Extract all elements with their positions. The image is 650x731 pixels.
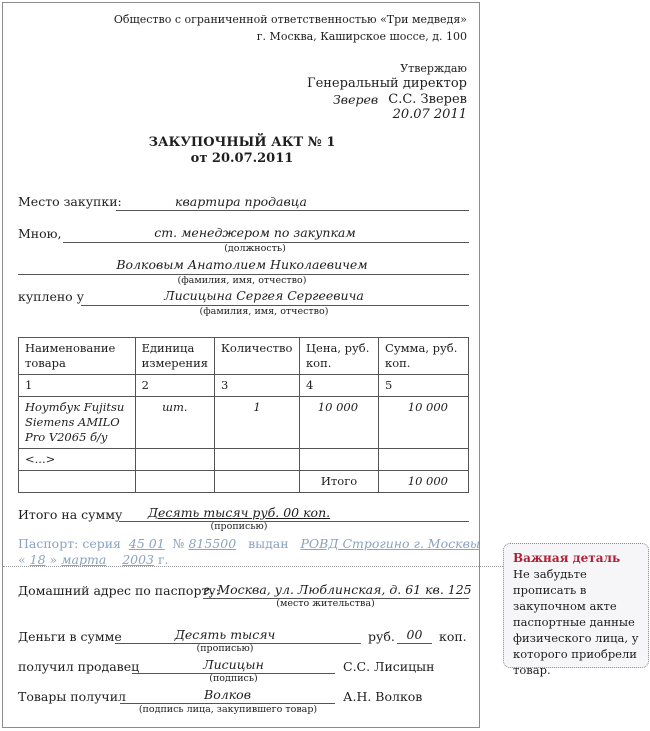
kop-label: коп. bbox=[439, 629, 467, 644]
number-cell: 3 bbox=[215, 375, 300, 397]
item-price-cell: 10 000 bbox=[299, 397, 378, 449]
kop-value: 00 bbox=[397, 627, 432, 642]
name-hint: (фамилия, имя, отчество) bbox=[18, 275, 466, 286]
passport-month: марта bbox=[61, 552, 106, 567]
table-number-row: 1 2 3 4 5 bbox=[19, 375, 469, 397]
buyer-signature: Волков bbox=[120, 687, 335, 702]
callout-leader-line bbox=[3, 566, 503, 567]
buyer-full-name: Волковым Анатолием Николаевичем bbox=[18, 257, 466, 272]
place-label: Место закупки: bbox=[18, 194, 122, 209]
quote-open: « bbox=[18, 552, 26, 567]
kop-underline bbox=[397, 643, 432, 644]
passport-issued-label: выдан bbox=[248, 536, 288, 551]
buyer-name: А.Н. Волков bbox=[343, 689, 422, 704]
passport-day: 18 bbox=[30, 552, 46, 567]
buyer-label: Товары получил bbox=[18, 689, 126, 704]
company-address: г. Москва, Каширское шоссе, д. 100 bbox=[257, 30, 467, 43]
header-cell: Цена, руб. коп. bbox=[299, 338, 378, 375]
director-position: Генеральный директор bbox=[307, 76, 467, 91]
place-value: квартира продавца bbox=[116, 194, 366, 209]
passport-no-label: № bbox=[173, 536, 185, 551]
seller-name: С.С. Лисицын bbox=[343, 659, 434, 674]
quote-close: » bbox=[50, 552, 58, 567]
by-label: Мною, bbox=[18, 226, 62, 241]
seller-label: получил продавец bbox=[18, 659, 139, 674]
header-cell: Наименование товара bbox=[19, 338, 136, 375]
table-row: <...> bbox=[19, 449, 469, 471]
total-label-cell: Итого bbox=[299, 471, 378, 493]
item-sum-cell: 10 000 bbox=[379, 397, 469, 449]
important-detail-callout: Важная деталь Не забудьте прописать в за… bbox=[503, 543, 649, 668]
empty-cell bbox=[215, 471, 300, 493]
callout-text: Не забудьте прописать в закупочном акте … bbox=[513, 566, 640, 678]
address-value: г. Москва, ул. Люблинская, д. 61 кв. 125 bbox=[203, 582, 448, 597]
passport-label: Паспорт: серия bbox=[18, 536, 121, 551]
empty-cell bbox=[299, 449, 378, 471]
company-name: Общество с ограниченной ответственностью… bbox=[114, 13, 467, 26]
money-label: Деньги в сумме bbox=[18, 629, 122, 644]
by-position-value: ст. менеджером по закупкам bbox=[63, 225, 447, 240]
money-hint: (прописью) bbox=[115, 643, 335, 654]
item-name-cell: Ноутбук Fujitsu Siemens AMILO Pro V2065 … bbox=[19, 397, 136, 449]
money-value: Десять тысяч bbox=[115, 627, 335, 642]
seller-signature: Лисицын bbox=[132, 657, 335, 672]
item-qty-cell: 1 bbox=[215, 397, 300, 449]
passport-number: 815500 bbox=[188, 536, 236, 551]
purchase-act-document: Общество с ограниченной ответственностью… bbox=[2, 2, 480, 728]
goods-table: Наименование товара Единица измерения Ко… bbox=[18, 337, 469, 493]
director-signature: Зверев bbox=[333, 92, 378, 107]
act-title: ЗАКУПОЧНЫЙ АКТ № 1 bbox=[3, 135, 481, 150]
sum-label: Итого на сумму bbox=[18, 507, 122, 522]
table-total-row: Итого 10 000 bbox=[19, 471, 469, 493]
ellipsis-cell: <...> bbox=[19, 449, 136, 471]
empty-cell bbox=[215, 449, 300, 471]
sum-hint: (прописью) bbox=[119, 521, 359, 532]
director-name: С.С. Зверев bbox=[388, 92, 467, 107]
number-cell: 5 bbox=[379, 375, 469, 397]
header-cell: Единица измерения bbox=[135, 338, 214, 375]
sum-value: Десять тысяч руб. 00 коп. bbox=[119, 505, 359, 520]
empty-cell bbox=[19, 471, 136, 493]
number-cell: 4 bbox=[299, 375, 378, 397]
passport-year-suffix: г. bbox=[158, 552, 169, 567]
approval-date: 20.07 2011 bbox=[393, 107, 467, 122]
empty-cell bbox=[379, 449, 469, 471]
table-row: Ноутбук Fujitsu Siemens AMILO Pro V2065 … bbox=[19, 397, 469, 449]
header-cell: Количество bbox=[215, 338, 300, 375]
buyer-hint: (подпись лица, закупившего товар) bbox=[103, 704, 353, 715]
act-date: от 20.07.2011 bbox=[3, 151, 481, 166]
passport-year: 2003 bbox=[122, 552, 154, 567]
rub-label: руб. bbox=[368, 629, 395, 644]
passport-line: Паспорт: серия 45 01 № 815500 выдан РОВД… bbox=[18, 536, 480, 551]
callout-title: Важная деталь bbox=[513, 550, 640, 566]
address-label: Домашний адрес по паспорту: bbox=[18, 583, 220, 598]
address-hint: (место жительства) bbox=[203, 598, 448, 609]
seller-hint: (подпись) bbox=[132, 673, 335, 684]
number-cell: 1 bbox=[19, 375, 136, 397]
header-cell: Сумма, руб. коп. bbox=[379, 338, 469, 375]
passport-issued-by: РОВД Строгино г. Москвы bbox=[301, 536, 481, 551]
approve-label: Утверждаю bbox=[400, 62, 467, 75]
number-cell: 2 bbox=[135, 375, 214, 397]
passport-series: 45 01 bbox=[129, 536, 165, 551]
empty-cell bbox=[135, 471, 214, 493]
empty-cell bbox=[135, 449, 214, 471]
passport-date-line: « 18 » марта 2003 г. bbox=[18, 552, 169, 567]
bought-label: куплено у bbox=[18, 289, 84, 304]
place-underline bbox=[116, 210, 469, 211]
seller-full-name: Лисицына Сергея Сергеевича bbox=[81, 288, 447, 303]
seller-name-hint: (фамилия, имя, отчество) bbox=[81, 306, 447, 317]
item-unit-cell: шт. bbox=[135, 397, 214, 449]
total-value-cell: 10 000 bbox=[379, 471, 469, 493]
table-header-row: Наименование товара Единица измерения Ко… bbox=[19, 338, 469, 375]
position-hint: (должность) bbox=[63, 243, 447, 254]
